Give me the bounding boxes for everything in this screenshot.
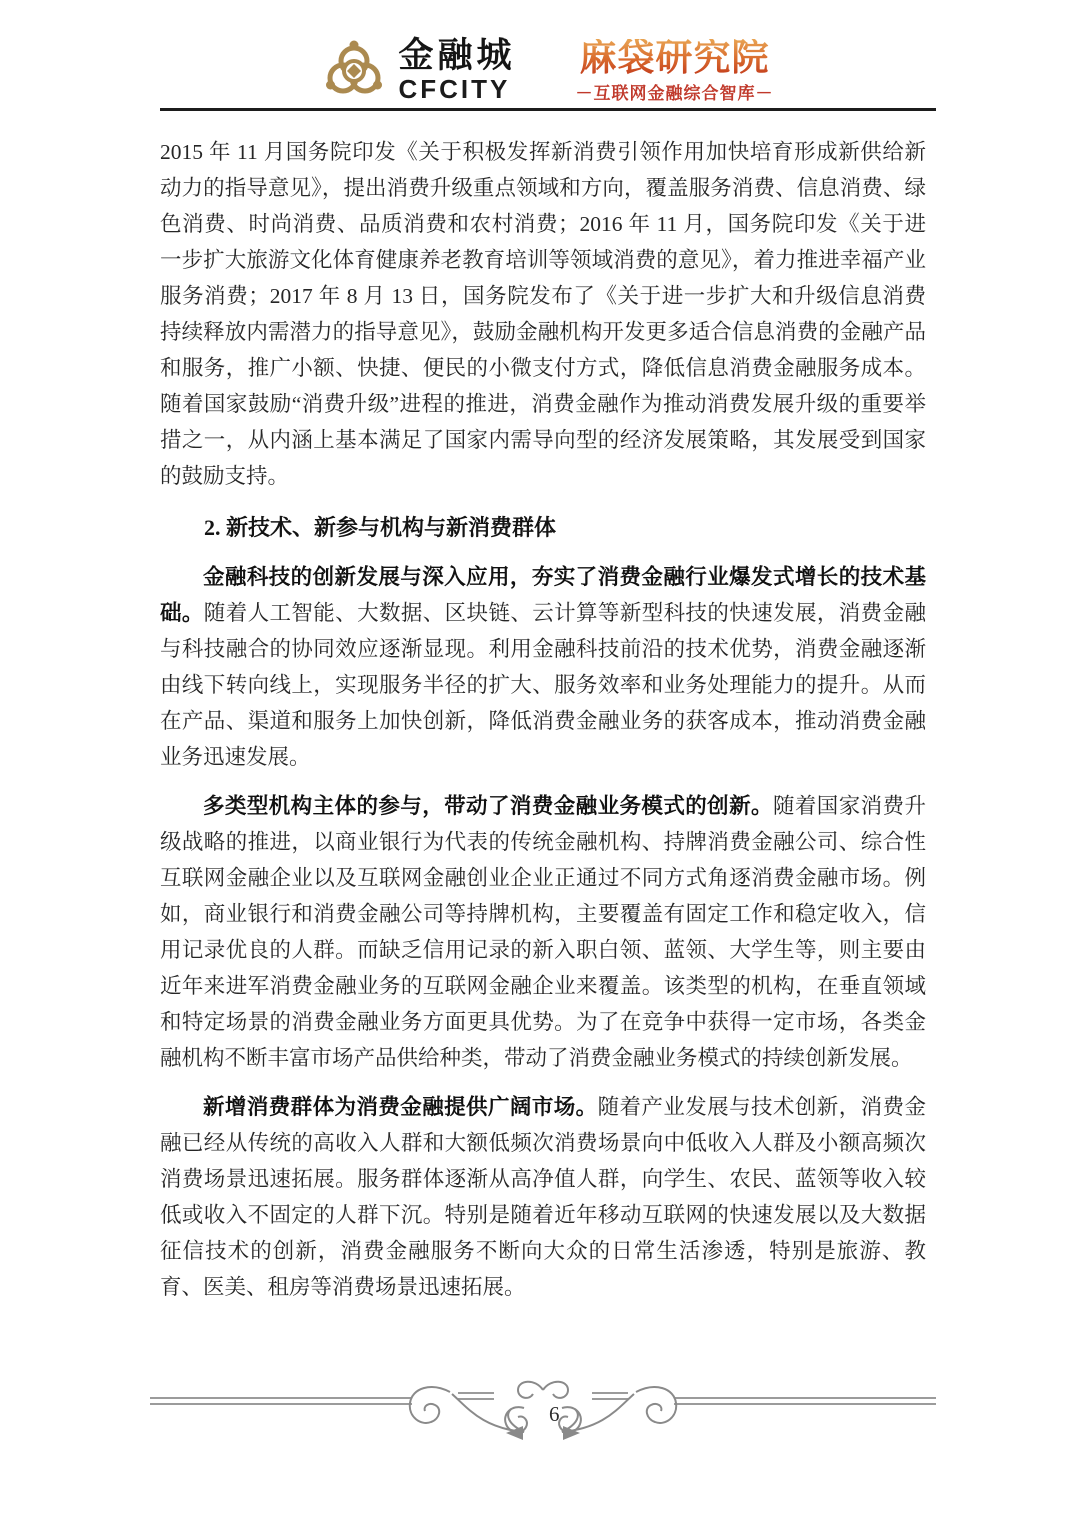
document-body: 2015 年 11 月国务院印发《关于积极发挥新消费引领作用加快培育形成新供给新…: [160, 134, 926, 1305]
paragraph-institutions: 多类型机构主体的参与，带动了消费金融业务模式的创新。随着国家消费升级战略的推进，…: [160, 788, 926, 1076]
paragraph-institutions-lead: 多类型机构主体的参与，带动了消费金融业务模式的创新。: [203, 794, 773, 818]
cfcity-name-cn: 金融城: [398, 38, 515, 73]
cfcity-logo-text: 金融城 CFCITY: [398, 38, 515, 102]
section-heading: 2. 新技术、新参与机构与新消费群体: [160, 510, 926, 546]
cfcity-name-en: CFCITY: [398, 76, 515, 102]
brand-row: 金融城 CFCITY 麻袋研究院 －互联网金融综合智库－: [160, 34, 936, 106]
paragraph-fintech-text: 随着人工智能、大数据、区块链、云计算等新型科技的快速发展，消费金融与科技融合的协…: [160, 601, 926, 769]
footer-flourish-icon: [150, 1378, 936, 1464]
madai-logo: 麻袋研究院 －互联网金融综合智库－: [576, 39, 774, 102]
cfcity-logo: 金融城 CFCITY: [322, 38, 515, 102]
paragraph-consumers-text: 随着产业发展与技术创新，消费金融已经从传统的高收入人群和大额低频次消费场景向中低…: [160, 1095, 926, 1299]
document-page: 金融城 CFCITY 麻袋研究院 －互联网金融综合智库－ 2015 年 11 月…: [0, 0, 1080, 1526]
header-divider: [160, 108, 936, 111]
paragraph-consumers: 新增消费群体为消费金融提供广阔市场。随着产业发展与技术创新，消费金融已经从传统的…: [160, 1089, 926, 1305]
madai-tagline: －互联网金融综合智库－: [576, 85, 774, 102]
page-header: 金融城 CFCITY 麻袋研究院 －互联网金融综合智库－: [160, 34, 936, 111]
paragraph-consumers-lead: 新增消费群体为消费金融提供广阔市场。: [203, 1095, 598, 1119]
cfcity-emblem-icon: [322, 38, 386, 102]
paragraph-institutions-text: 随着国家消费升级战略的推进，以商业银行为代表的传统金融机构、持牌消费金融公司、综…: [160, 794, 926, 1070]
page-number: 6: [549, 1402, 560, 1427]
madai-name: 麻袋研究院: [580, 39, 770, 76]
page-footer: 6: [150, 1378, 936, 1464]
paragraph-fintech: 金融科技的创新发展与深入应用，夯实了消费金融行业爆发式增长的技术基础。随着人工智…: [160, 559, 926, 775]
paragraph-policy: 2015 年 11 月国务院印发《关于积极发挥新消费引领作用加快培育形成新供给新…: [160, 134, 926, 494]
